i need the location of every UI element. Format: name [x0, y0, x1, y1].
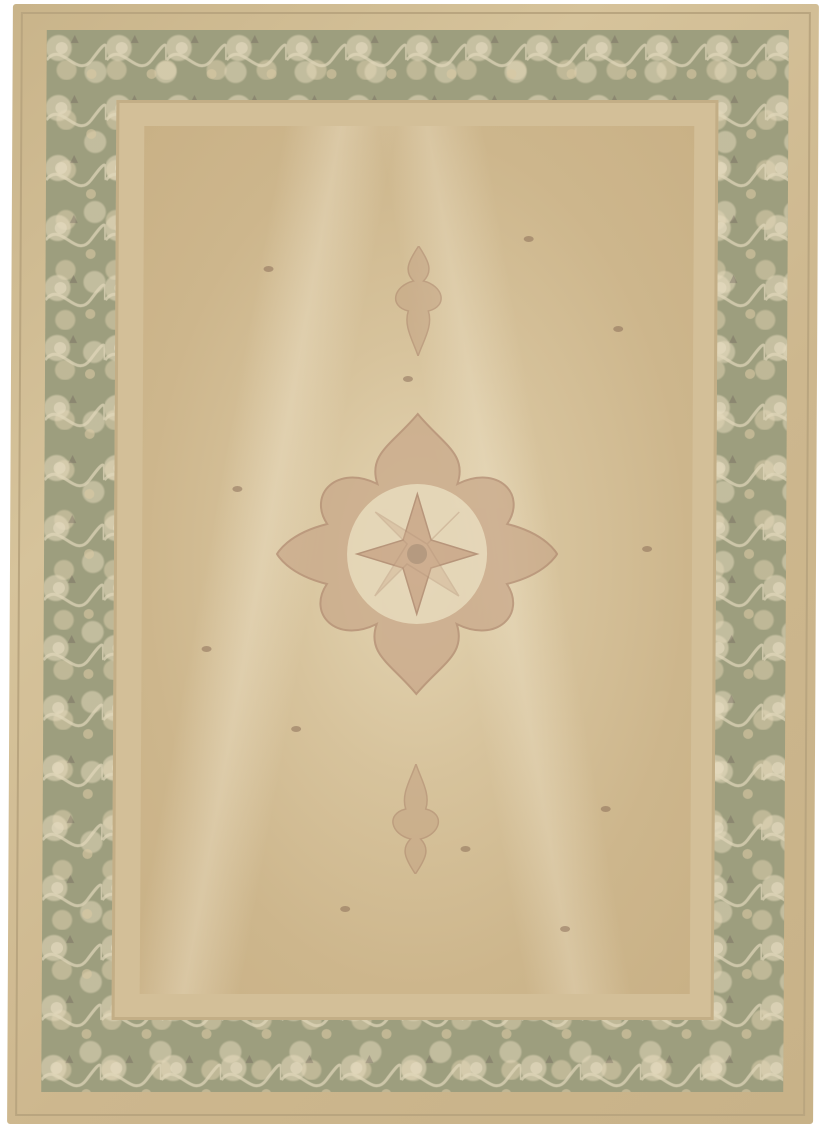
- small-floral-motif: [613, 326, 623, 332]
- small-floral-motif: [291, 726, 301, 732]
- small-floral-motif: [524, 236, 534, 242]
- small-floral-motif: [232, 486, 242, 492]
- top-pendant: [383, 246, 454, 356]
- small-floral-motif: [642, 546, 652, 552]
- bottom-pendant: [380, 764, 451, 874]
- small-floral-motif: [560, 926, 570, 932]
- rug-field: [140, 126, 695, 994]
- small-floral-motif: [460, 846, 470, 852]
- small-floral-motif: [403, 376, 413, 382]
- central-medallion: [266, 404, 568, 704]
- small-floral-motif: [340, 906, 350, 912]
- small-floral-motif: [601, 806, 611, 812]
- small-floral-motif: [202, 646, 212, 652]
- rug: [7, 4, 819, 1124]
- small-floral-motif: [264, 266, 274, 272]
